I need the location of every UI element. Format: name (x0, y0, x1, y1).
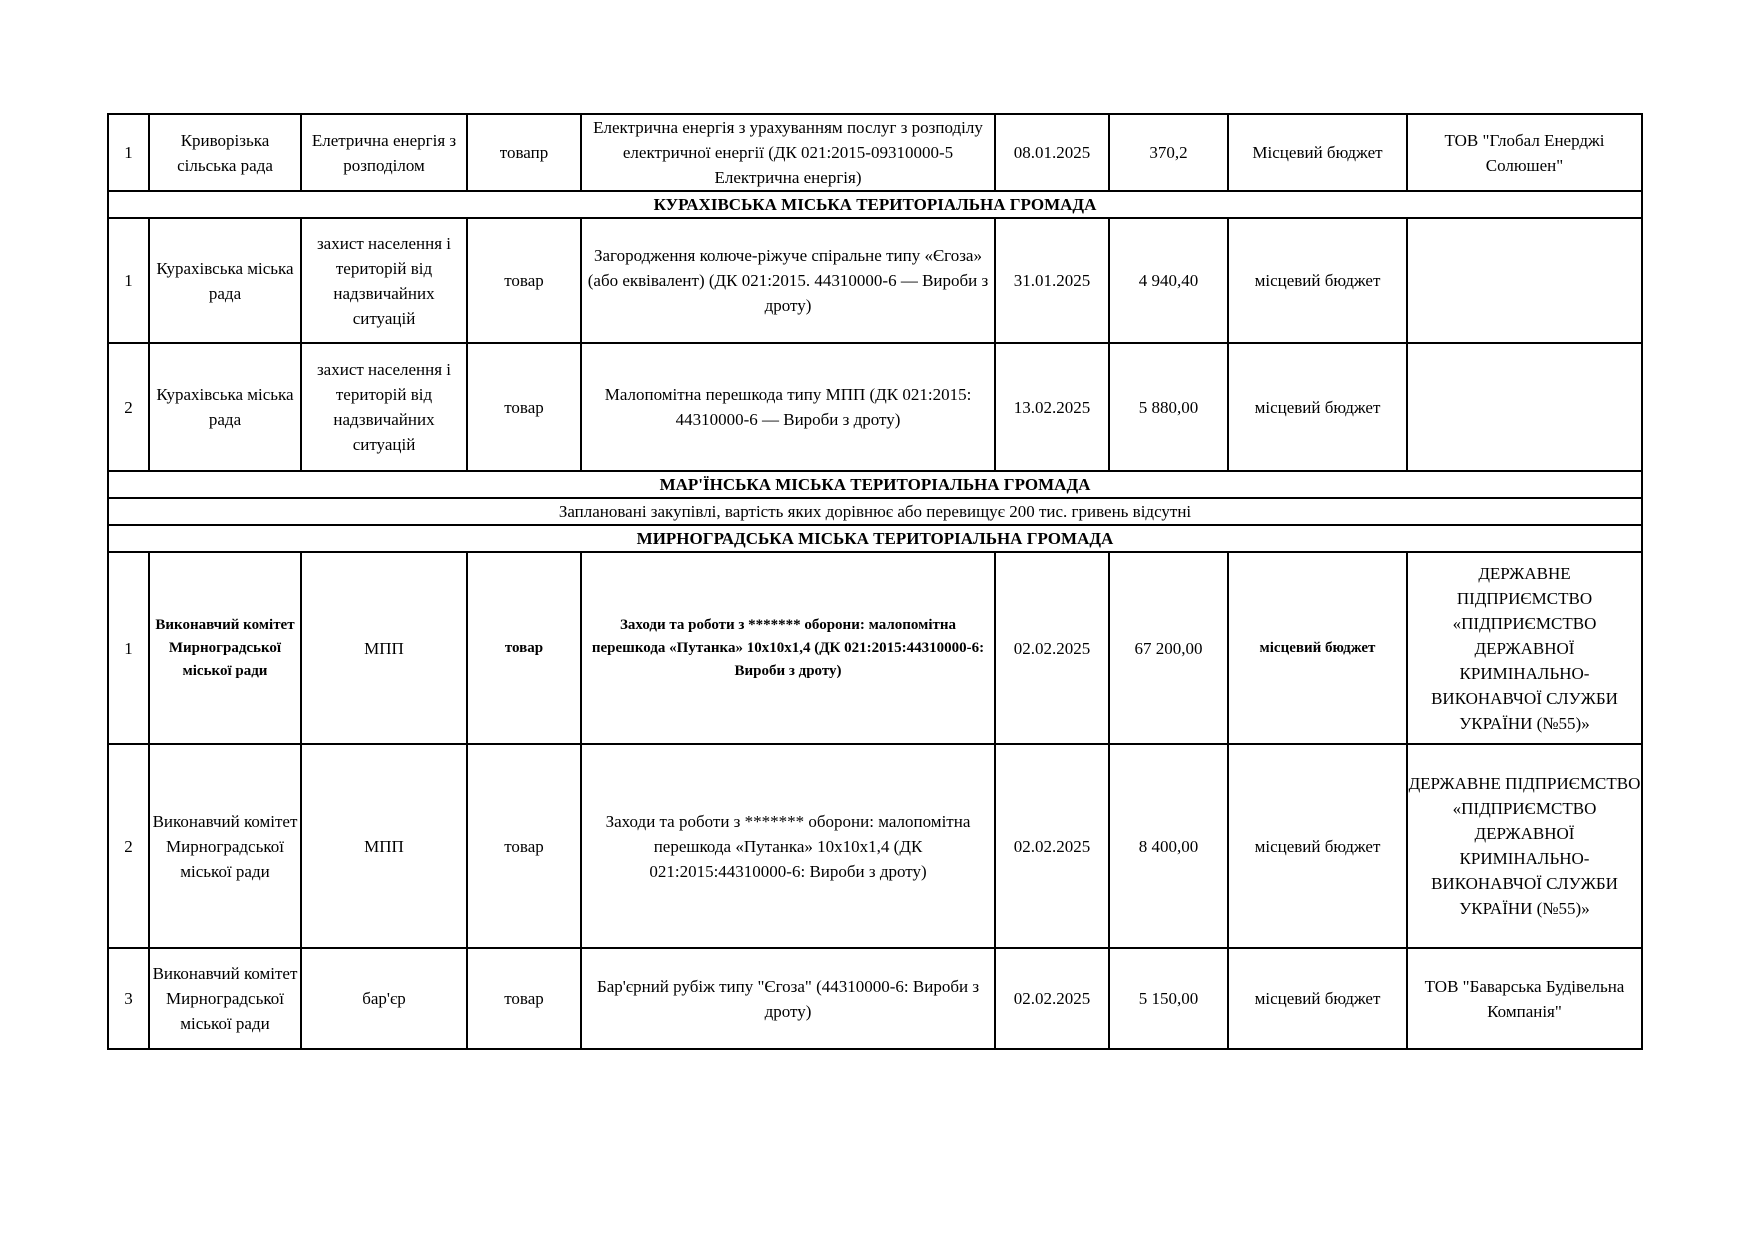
date: 02.02.2025 (995, 552, 1109, 744)
section-row: МИРНОГРАДСЬКА МІСЬКА ТЕРИТОРІАЛЬНА ГРОМА… (108, 525, 1642, 552)
customer: Виконавчий комітет Мирноградської місько… (149, 948, 301, 1049)
note-row: Заплановані закупівлі, вартість яких дор… (108, 498, 1642, 525)
customer: Виконавчий комітет Мирноградської місько… (149, 552, 301, 744)
supplier: ДЕРЖАВНЕ ПІДПРИЄМСТВО «ПІДПРИЄМСТВО ДЕРЖ… (1407, 744, 1642, 948)
amount: 5 150,00 (1109, 948, 1228, 1049)
kind: товар (467, 218, 581, 343)
subject: захист населення і територій від надзвич… (301, 218, 467, 343)
amount: 8 400,00 (1109, 744, 1228, 948)
customer: Курахівська міська рада (149, 218, 301, 343)
row-number: 1 (108, 552, 149, 744)
funding-source: місцевий бюджет (1228, 218, 1407, 343)
supplier: ДЕРЖАВНЕ ПІДПРИЄМСТВО «ПІДПРИЄМСТВО ДЕРЖ… (1407, 552, 1642, 744)
amount: 5 880,00 (1109, 343, 1228, 471)
funding-source: місцевий бюджет (1228, 744, 1407, 948)
date: 02.02.2025 (995, 744, 1109, 948)
supplier (1407, 343, 1642, 471)
subject: бар'єр (301, 948, 467, 1049)
date: 31.01.2025 (995, 218, 1109, 343)
kind: товар (467, 343, 581, 471)
funding-source: місцевий бюджет (1228, 343, 1407, 471)
date: 02.02.2025 (995, 948, 1109, 1049)
customer: Криворізька сільська рада (149, 114, 301, 191)
table-row: 2 Курахівська міська рада захист населен… (108, 343, 1642, 471)
subject: Елетрична енергія з розподілом (301, 114, 467, 191)
amount: 67 200,00 (1109, 552, 1228, 744)
description: Електрична енергія з урахуванням послуг … (581, 114, 995, 191)
subject: захист населення і територій від надзвич… (301, 343, 467, 471)
table-row: 1 Криворізька сільська рада Елетрична ен… (108, 114, 1642, 191)
funding-source: Місцевий бюджет (1228, 114, 1407, 191)
description: Загородження колюче-ріжуче спіральне тип… (581, 218, 995, 343)
customer: Виконавчий комітет Мирноградської місько… (149, 744, 301, 948)
funding-source: місцевий бюджет (1228, 948, 1407, 1049)
section-title: МИРНОГРАДСЬКА МІСЬКА ТЕРИТОРІАЛЬНА ГРОМА… (108, 525, 1642, 552)
kind: товар (467, 552, 581, 744)
description: Бар'єрний рубіж типу "Єгоза" (44310000-6… (581, 948, 995, 1049)
supplier: ТОВ "Глобал Енерджі Солюшен" (1407, 114, 1642, 191)
table-row: 3 Виконавчий комітет Мирноградської місь… (108, 948, 1642, 1049)
funding-source: місцевий бюджет (1228, 552, 1407, 744)
description: Малопомітна перешкода типу МПП (ДК 021:2… (581, 343, 995, 471)
row-number: 3 (108, 948, 149, 1049)
section-title: МАР'ЇНСЬКА МІСЬКА ТЕРИТОРІАЛЬНА ГРОМАДА (108, 471, 1642, 498)
date: 08.01.2025 (995, 114, 1109, 191)
supplier (1407, 218, 1642, 343)
section-row: МАР'ЇНСЬКА МІСЬКА ТЕРИТОРІАЛЬНА ГРОМАДА (108, 471, 1642, 498)
section-note: Заплановані закупівлі, вартість яких дор… (108, 498, 1642, 525)
description: Заходи та роботи з ******* оборони: мало… (581, 744, 995, 948)
procurement-table: 1 Криворізька сільська рада Елетрична ен… (107, 113, 1643, 1050)
table-row: 1 Курахівська міська рада захист населен… (108, 218, 1642, 343)
row-number: 2 (108, 744, 149, 948)
table-row: 1 Виконавчий комітет Мирноградської місь… (108, 552, 1642, 744)
row-number: 2 (108, 343, 149, 471)
row-number: 1 (108, 114, 149, 191)
kind: товар (467, 744, 581, 948)
customer: Курахівська міська рада (149, 343, 301, 471)
kind: товапр (467, 114, 581, 191)
description: Заходи та роботи з ******* оборони: мало… (581, 552, 995, 744)
amount: 4 940,40 (1109, 218, 1228, 343)
section-title: КУРАХІВСЬКА МІСЬКА ТЕРИТОРІАЛЬНА ГРОМАДА (108, 191, 1642, 218)
subject: МПП (301, 744, 467, 948)
kind: товар (467, 948, 581, 1049)
subject: МПП (301, 552, 467, 744)
section-row: КУРАХІВСЬКА МІСЬКА ТЕРИТОРІАЛЬНА ГРОМАДА (108, 191, 1642, 218)
table-row: 2 Виконавчий комітет Мирноградської місь… (108, 744, 1642, 948)
date: 13.02.2025 (995, 343, 1109, 471)
amount: 370,2 (1109, 114, 1228, 191)
row-number: 1 (108, 218, 149, 343)
supplier: ТОВ "Баварська Будівельна Компанія" (1407, 948, 1642, 1049)
